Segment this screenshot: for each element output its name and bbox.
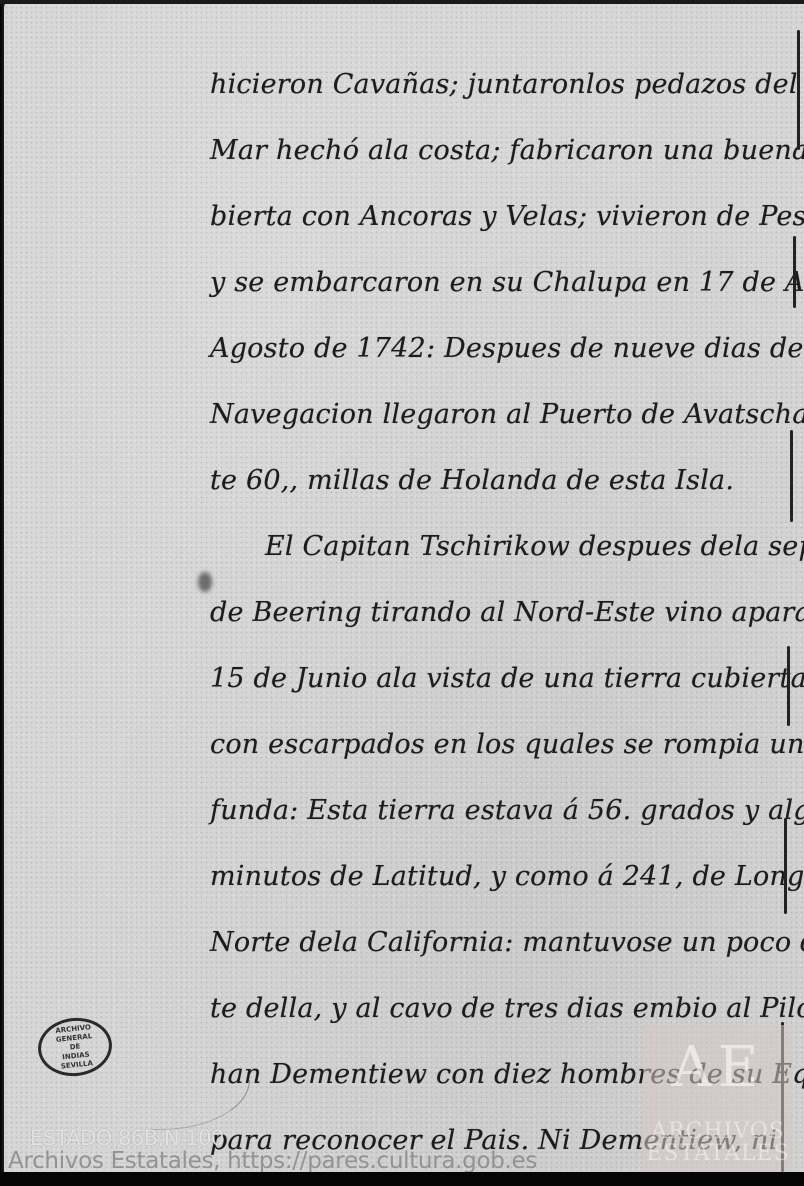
scan-top-edge	[0, 0, 804, 4]
reference-code: ESTADO,86B,N.100	[30, 1126, 224, 1150]
stamp-line: SEVILLA	[60, 1059, 93, 1071]
watermark-logo-icon: AE	[643, 1035, 793, 1100]
margin-rule	[784, 818, 787, 914]
manuscript-line: Agosto de 1742: Despues de nueve dias de…	[210, 326, 780, 392]
watermark-name: ARCHIVOS ESTATALES	[643, 1121, 793, 1165]
archive-watermark: AE ARCHIVOS ESTATALES	[643, 1025, 793, 1175]
manuscript-line: bierta con Ancoras y Velas; vivieron de …	[210, 194, 780, 260]
manuscript-line: de Beering tirando al Nord-Este vino apa…	[210, 590, 780, 656]
manuscript-line: te 60,, millas de Holanda de esta Isla.	[210, 458, 780, 524]
manuscript-text: hicieron Cavañas; juntaronlos pedazos de…	[210, 62, 780, 1184]
manuscript-line: minutos de Latitud, y como á 241, de Lon…	[210, 854, 780, 920]
margin-rule	[787, 646, 790, 726]
manuscript-line: Norte dela California: mantuvose un poco…	[210, 920, 780, 986]
watermark-name-line: ARCHIVOS	[643, 1121, 793, 1143]
manuscript-line: con escarpados en los quales se rompia u…	[210, 722, 780, 788]
source-credit: Archivos Estatales, https://pares.cultur…	[8, 1148, 537, 1174]
manuscript-line: y se embarcaron en su Chalupa en 17 de A…	[210, 260, 780, 326]
manuscript-line: funda: Esta tierra estava á 56. grados y…	[210, 788, 780, 854]
manuscript-line-paragraph-start: El Capitan Tschirikow despues dela separ…	[210, 524, 780, 590]
watermark-name-line: ESTATALES	[643, 1143, 793, 1165]
scan-bottom-edge	[0, 1172, 804, 1186]
ink-blot	[198, 572, 212, 592]
margin-rule	[793, 236, 796, 308]
margin-rule	[790, 430, 793, 522]
manuscript-line: Mar hechó ala costa; fabricaron una buen…	[210, 128, 780, 194]
manuscript-line: Navegacion llegaron al Puerto de Avatsch…	[210, 392, 780, 458]
margin-rule	[797, 30, 800, 150]
manuscript-line: 15 de Junio ala vista de una tierra cubi…	[210, 656, 780, 722]
manuscript-line: hicieron Cavañas; juntaronlos pedazos de…	[210, 62, 780, 128]
